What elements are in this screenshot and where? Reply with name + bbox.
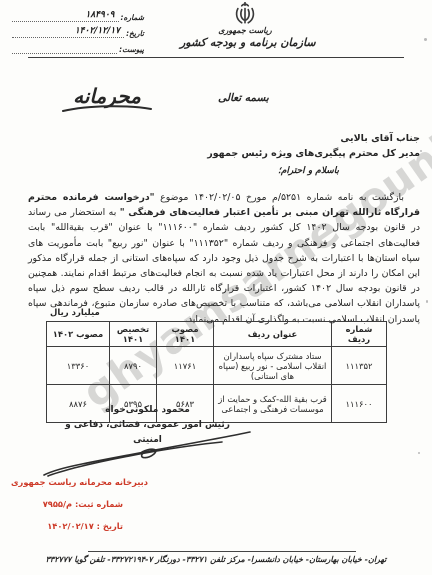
footer-address: تهران- خیابان بهارستان- خیابان دانشسرا- … bbox=[26, 555, 406, 564]
body-opening: بازگشت به نامه شماره ۵۲۵۱/م مورخ ۱۴۰۲/۰۲… bbox=[155, 192, 404, 203]
scan-speck bbox=[418, 452, 420, 454]
cell-row-number: ۱۱۱۶۰۰ bbox=[332, 385, 387, 423]
reference-block: شماره: ۱۸۴۹۰۹ تاریخ: ۱۴۰۲/۱۲/۱۷ پیوست: bbox=[12, 6, 144, 54]
header-approved-1402: مصوب ۱۴۰۲ bbox=[47, 322, 110, 347]
confidential-stamp: محرمانه bbox=[52, 84, 162, 114]
registry-stamp-date: تاریخ : ۱۴۰۲/۰۲/۱۷ bbox=[16, 521, 123, 531]
ref-number-label: شماره: bbox=[119, 13, 144, 22]
presidency-caption: ریاست جمهوری bbox=[180, 26, 310, 35]
header-row-number: شماره ردیف bbox=[332, 322, 387, 347]
ref-date-label: تاریخ: bbox=[124, 29, 144, 38]
header-divider bbox=[28, 57, 404, 58]
recipient-name: جناب آقای بالایی bbox=[207, 131, 420, 146]
organization-name: سازمان برنامه و بودجه کشور bbox=[180, 36, 310, 49]
table-unit-label: میلیارد ریال bbox=[50, 308, 100, 318]
ref-date-leader: ۱۴۰۲/۱۲/۱۷ bbox=[12, 26, 124, 38]
cell-approved-1402: ۱۳۳۶۰ bbox=[47, 347, 110, 385]
ref-attachment-row: پیوست: bbox=[12, 38, 144, 54]
scan-speck bbox=[424, 38, 427, 41]
ref-number-leader: ۱۸۴۹۰۹ bbox=[12, 10, 119, 22]
header-row-title: عنوان ردیف bbox=[214, 322, 332, 347]
header-approved-1401: مصوب ۱۴۰۱ bbox=[157, 322, 214, 347]
scan-speck bbox=[420, 150, 422, 152]
ref-attachment-label: پیوست: bbox=[117, 45, 144, 54]
signatory-name: محمود ملکوتی‌خواه bbox=[55, 403, 240, 418]
salutation-text: باسلام و احترام؛ bbox=[278, 166, 339, 176]
ref-date-value: ۱۴۰۲/۱۲/۱۷ bbox=[75, 26, 120, 36]
body-rest: به استحضار می رساند در قانون بودجه سال ۱… bbox=[28, 207, 420, 324]
recipient-block: جناب آقای بالایی مدیر کل محترم پیگیری‌ها… bbox=[207, 131, 420, 161]
footer-divider bbox=[88, 551, 356, 552]
table-header-row: شماره ردیف عنوان ردیف مصوب ۱۴۰۱ تخصیص ۱۴… bbox=[47, 322, 387, 347]
ref-number-row: شماره: ۱۸۴۹۰۹ bbox=[12, 6, 144, 22]
cell-row-title: ستاد مشترک سپاه پاسداران انقلاب اسلامی -… bbox=[214, 347, 332, 385]
header-allocated-1401: تخصیص ۱۴۰۱ bbox=[110, 322, 157, 347]
bismillah-text: بسمه تعالی bbox=[218, 92, 269, 104]
iran-emblem-icon bbox=[234, 2, 256, 26]
registry-stamp-office: دبیرخانه محرمانه ریاست جمهوری bbox=[16, 477, 148, 487]
registry-stamp: دبیرخانه محرمانه ریاست جمهوری شماره ثبت:… bbox=[16, 477, 148, 543]
letter-body: بازگشت به نامه شماره ۵۲۵۱/م مورخ ۱۴۰۲/۰۲… bbox=[28, 190, 420, 327]
table-row: ۱۱۱۳۵۲ ستاد مشترک سپاه پاسداران انقلاب ا… bbox=[47, 347, 387, 385]
ref-number-value: ۱۸۴۹۰۹ bbox=[86, 10, 115, 20]
cell-approved-1401: ۱۱۷۶۱ bbox=[157, 347, 214, 385]
ref-date-row: تاریخ: ۱۴۰۲/۱۲/۱۷ bbox=[12, 22, 144, 38]
scan-speck bbox=[426, 300, 428, 303]
registry-stamp-number: شماره ثبت: م/۷۹۵۵ bbox=[16, 499, 123, 509]
ref-attachment-leader bbox=[12, 42, 117, 54]
handwritten-signature bbox=[22, 426, 262, 478]
recipient-title: مدیر کل محترم پیگیری‌های ویژه رئیس جمهور bbox=[207, 146, 420, 161]
cell-row-number: ۱۱۱۳۵۲ bbox=[332, 347, 387, 385]
letterhead: ریاست جمهوری سازمان برنامه و بودجه کشور bbox=[180, 2, 310, 49]
cell-allocated-1401: ۸۷۹۰ bbox=[110, 347, 157, 385]
scanned-letter-page: ghyamsarnegouni شماره: ۱۸۴۹۰۹ تاریخ: ۱۴۰… bbox=[0, 0, 432, 575]
